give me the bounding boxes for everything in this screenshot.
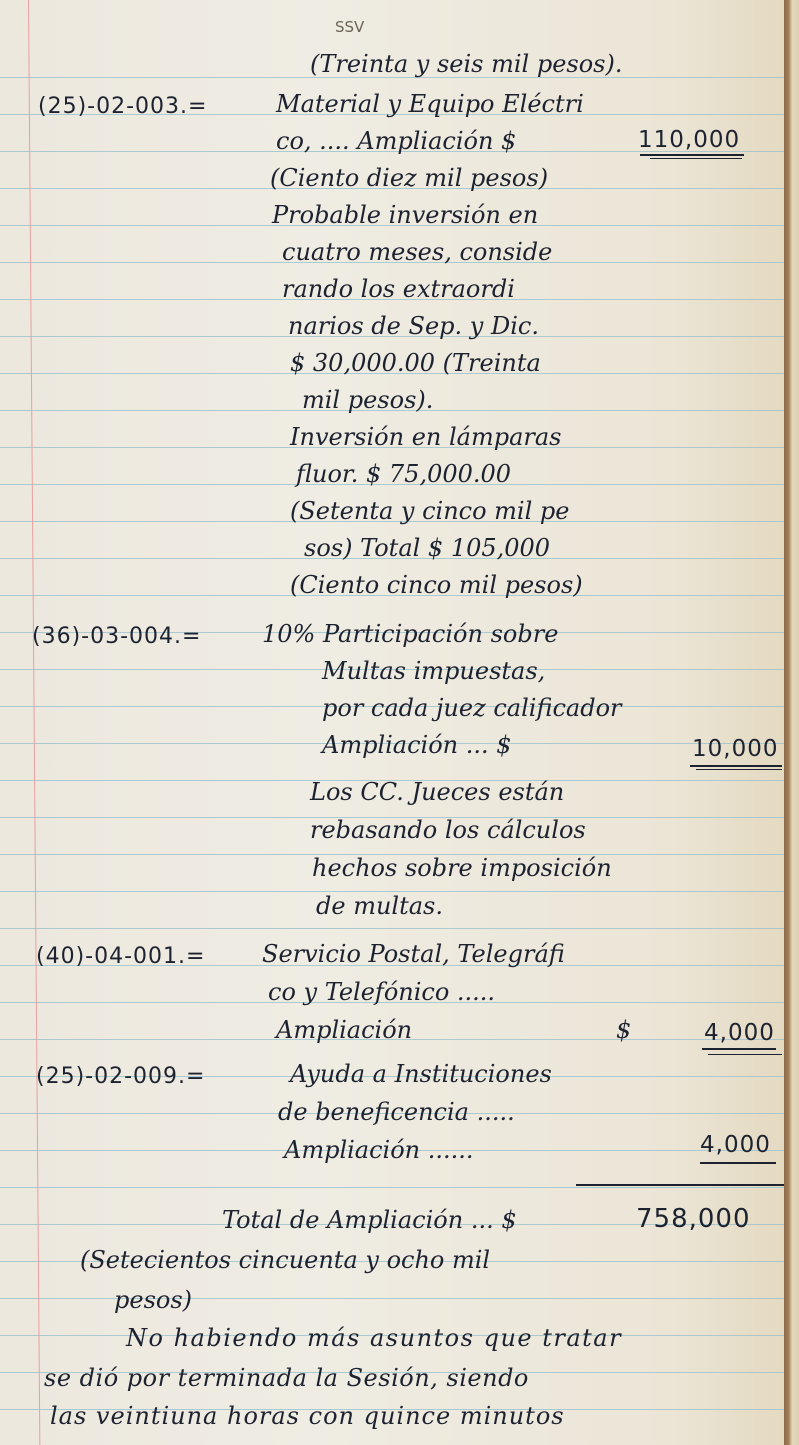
text-line: pesos) xyxy=(114,1288,192,1312)
text-line: rebasando los cálculos xyxy=(310,818,586,842)
text-line: Servicio Postal, Telegráfi xyxy=(262,942,565,966)
text-line: co y Telefónico ..... xyxy=(268,980,495,1004)
total-amount: 758,000 xyxy=(636,1206,751,1232)
ruled-line xyxy=(0,1187,790,1188)
budget-code: (25)-02-003.= xyxy=(38,96,207,118)
underline xyxy=(708,1054,782,1055)
underline xyxy=(640,154,744,156)
budget-code: (25)-02-009.= xyxy=(36,1066,205,1088)
total-rule xyxy=(576,1184,790,1186)
text-line: Inversión en lámparas xyxy=(290,425,562,449)
text-line: fluor. $ 75,000.00 xyxy=(296,462,511,486)
notebook-binding-edge xyxy=(784,0,799,1445)
pencil-mark: SSV xyxy=(335,20,364,35)
text-line: cuatro meses, conside xyxy=(282,240,552,264)
ruled-line xyxy=(0,928,790,929)
text-line: por cada juez calificador xyxy=(322,696,621,720)
text-line: Material y Equipo Eléctri xyxy=(276,92,584,116)
underline xyxy=(690,765,782,767)
text-line: hechos sobre imposición xyxy=(312,856,612,880)
text-line: (Setecientos cincuenta y ocho mil xyxy=(80,1248,490,1272)
text-line: (Ciento cinco mil pesos) xyxy=(290,573,583,597)
budget-code: (36)-03-004.= xyxy=(32,626,201,648)
text-line: de multas. xyxy=(316,894,443,918)
text-line: co, .... Ampliación $ xyxy=(276,129,516,153)
text-line: Ampliación xyxy=(276,1018,412,1042)
text-line: Multas impuestas, xyxy=(322,659,545,683)
text-line: (Ciento diez mil pesos) xyxy=(270,166,548,190)
text-line: Los CC. Jueces están xyxy=(310,780,564,804)
text-line: (Setenta y cinco mil pe xyxy=(290,499,569,523)
text-line: No habiendo más asuntos que tratar xyxy=(126,1326,622,1350)
underline xyxy=(650,158,742,159)
text-line: sos) Total $ 105,000 xyxy=(304,536,550,560)
text-line: 10% Participación sobre xyxy=(262,622,558,646)
text-line: narios de Sep. y Dic. xyxy=(288,314,539,338)
text-line: mil pesos). xyxy=(302,388,433,412)
underline xyxy=(696,769,782,770)
underline xyxy=(700,1162,776,1164)
currency-symbol: $ xyxy=(616,1018,631,1042)
budget-code: (40)-04-001.= xyxy=(36,946,205,968)
amount: 4,000 xyxy=(700,1134,771,1157)
text-line: Probable inversión en xyxy=(272,203,538,227)
text-line: rando los extraordi xyxy=(282,277,515,301)
amount: 4,000 xyxy=(704,1022,775,1045)
text-line: $ 30,000.00 (Treinta xyxy=(290,351,541,375)
amount: 110,000 xyxy=(638,129,740,152)
text-line: Ayuda a Instituciones xyxy=(290,1062,552,1086)
amount: 10,000 xyxy=(692,738,778,761)
text-line: Ampliación ... $ xyxy=(322,733,512,757)
text-line: se dió por terminada la Sesión, siendo xyxy=(44,1366,529,1390)
text-line: de beneficencia ..... xyxy=(278,1100,515,1124)
total-label: Total de Ampliación ... $ xyxy=(222,1208,517,1232)
text-line: Ampliación ...... xyxy=(284,1138,474,1162)
red-margin-line xyxy=(28,0,40,1445)
notebook-page: SSV (Treinta y seis mil pesos). (25)-02-… xyxy=(0,0,790,1445)
underline xyxy=(702,1048,776,1050)
text-line: las veintiuna horas con quince minutos xyxy=(50,1404,565,1428)
text-line: (Treinta y seis mil pesos). xyxy=(310,52,622,76)
